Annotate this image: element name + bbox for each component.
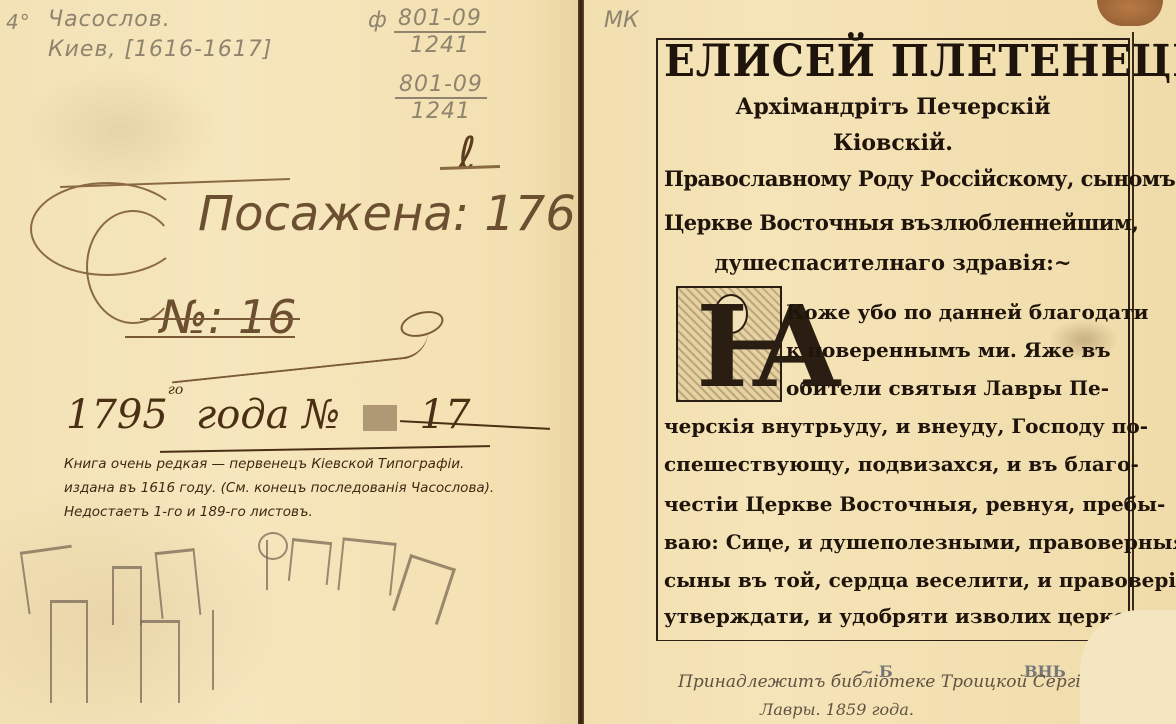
call-number-1-item: 1241 [394, 33, 486, 58]
inscription-1795: 1795го года № 17 [66, 392, 470, 438]
note-line: издана въ 1616 году. (См. конецъ последо… [64, 476, 494, 500]
owner-stamp-line: Лавры. 1859 года. [760, 700, 914, 719]
call-number-prefix: ф [368, 8, 388, 33]
subtitle-archimandrite: Архімандрітъ Печерскій [656, 94, 1130, 120]
shelf-note-place-date: Киев, [1616-1617] [48, 36, 273, 64]
format-mark: 4° [6, 8, 31, 36]
subtitle-kiev: Кіовскій. [656, 130, 1130, 156]
call-number-2-item: 1241 [395, 99, 487, 124]
body-line: сыны въ той, сердца веселити, и правовер… [664, 568, 1176, 592]
note-line: Книга очень редкая — первенецъ Кіевской … [64, 452, 494, 476]
provenance-note: Книга очень редкая — первенецъ Кіевской … [64, 452, 494, 524]
page-title: ЕЛИСЕЙ ПЛЕТЕНЕЦКІЙ, [664, 36, 1176, 87]
owner-stamp-line: Принадлежитъ библіотеке Троицкой Сергіев… [678, 672, 1122, 692]
body-line: обители святыя Лавры Пе- [786, 376, 1109, 400]
call-number-2: 801-09 1241 [395, 72, 487, 124]
call-number-1-fond: 801-09 [394, 6, 486, 33]
call-number-1: ф 801-09 1241 [372, 6, 486, 58]
body-line: к повереннымъ ми. Яже въ [786, 338, 1111, 362]
greeting-line: душеспасителнаго здравія:~ [656, 250, 1130, 275]
pencil-mark: МК [604, 8, 639, 33]
dedication-line: Православному Роду Россійскому, сыномъ [664, 166, 1175, 191]
shelf-note-title: Часослов. [48, 6, 171, 34]
body-line: черскія внутрьуду, и внеуду, Господу по- [664, 414, 1148, 438]
dedication-line: Церкве Восточныя възлюбленнейшим, [664, 210, 1138, 235]
flourish-mark: ℓ [458, 128, 476, 179]
ink-blot [363, 405, 397, 431]
body-line: честіи Церкве Восточныя, ревнуя, пребы- [664, 492, 1165, 516]
strikethrough-line [140, 318, 300, 320]
body-line: спешествующу, подвизахся, и въ благо- [664, 452, 1139, 476]
strikethrough-line [125, 336, 295, 338]
note-line: Недостаетъ 1-го и 189-го листовъ. [64, 500, 494, 524]
call-number-2-fond: 801-09 [395, 72, 487, 99]
book-spread: 4° Часослов. Киев, [1616-1617] ф 801-09 … [0, 0, 1176, 724]
decorated-initial: Ꙗ [676, 286, 782, 402]
body-line: утверждати, и удобряти изволих церко- [664, 604, 1135, 628]
body-line: ваю: Сице, и душеполезными, правоверныя [664, 530, 1176, 554]
body-line: Коже убо по данней благодати [786, 300, 1148, 324]
